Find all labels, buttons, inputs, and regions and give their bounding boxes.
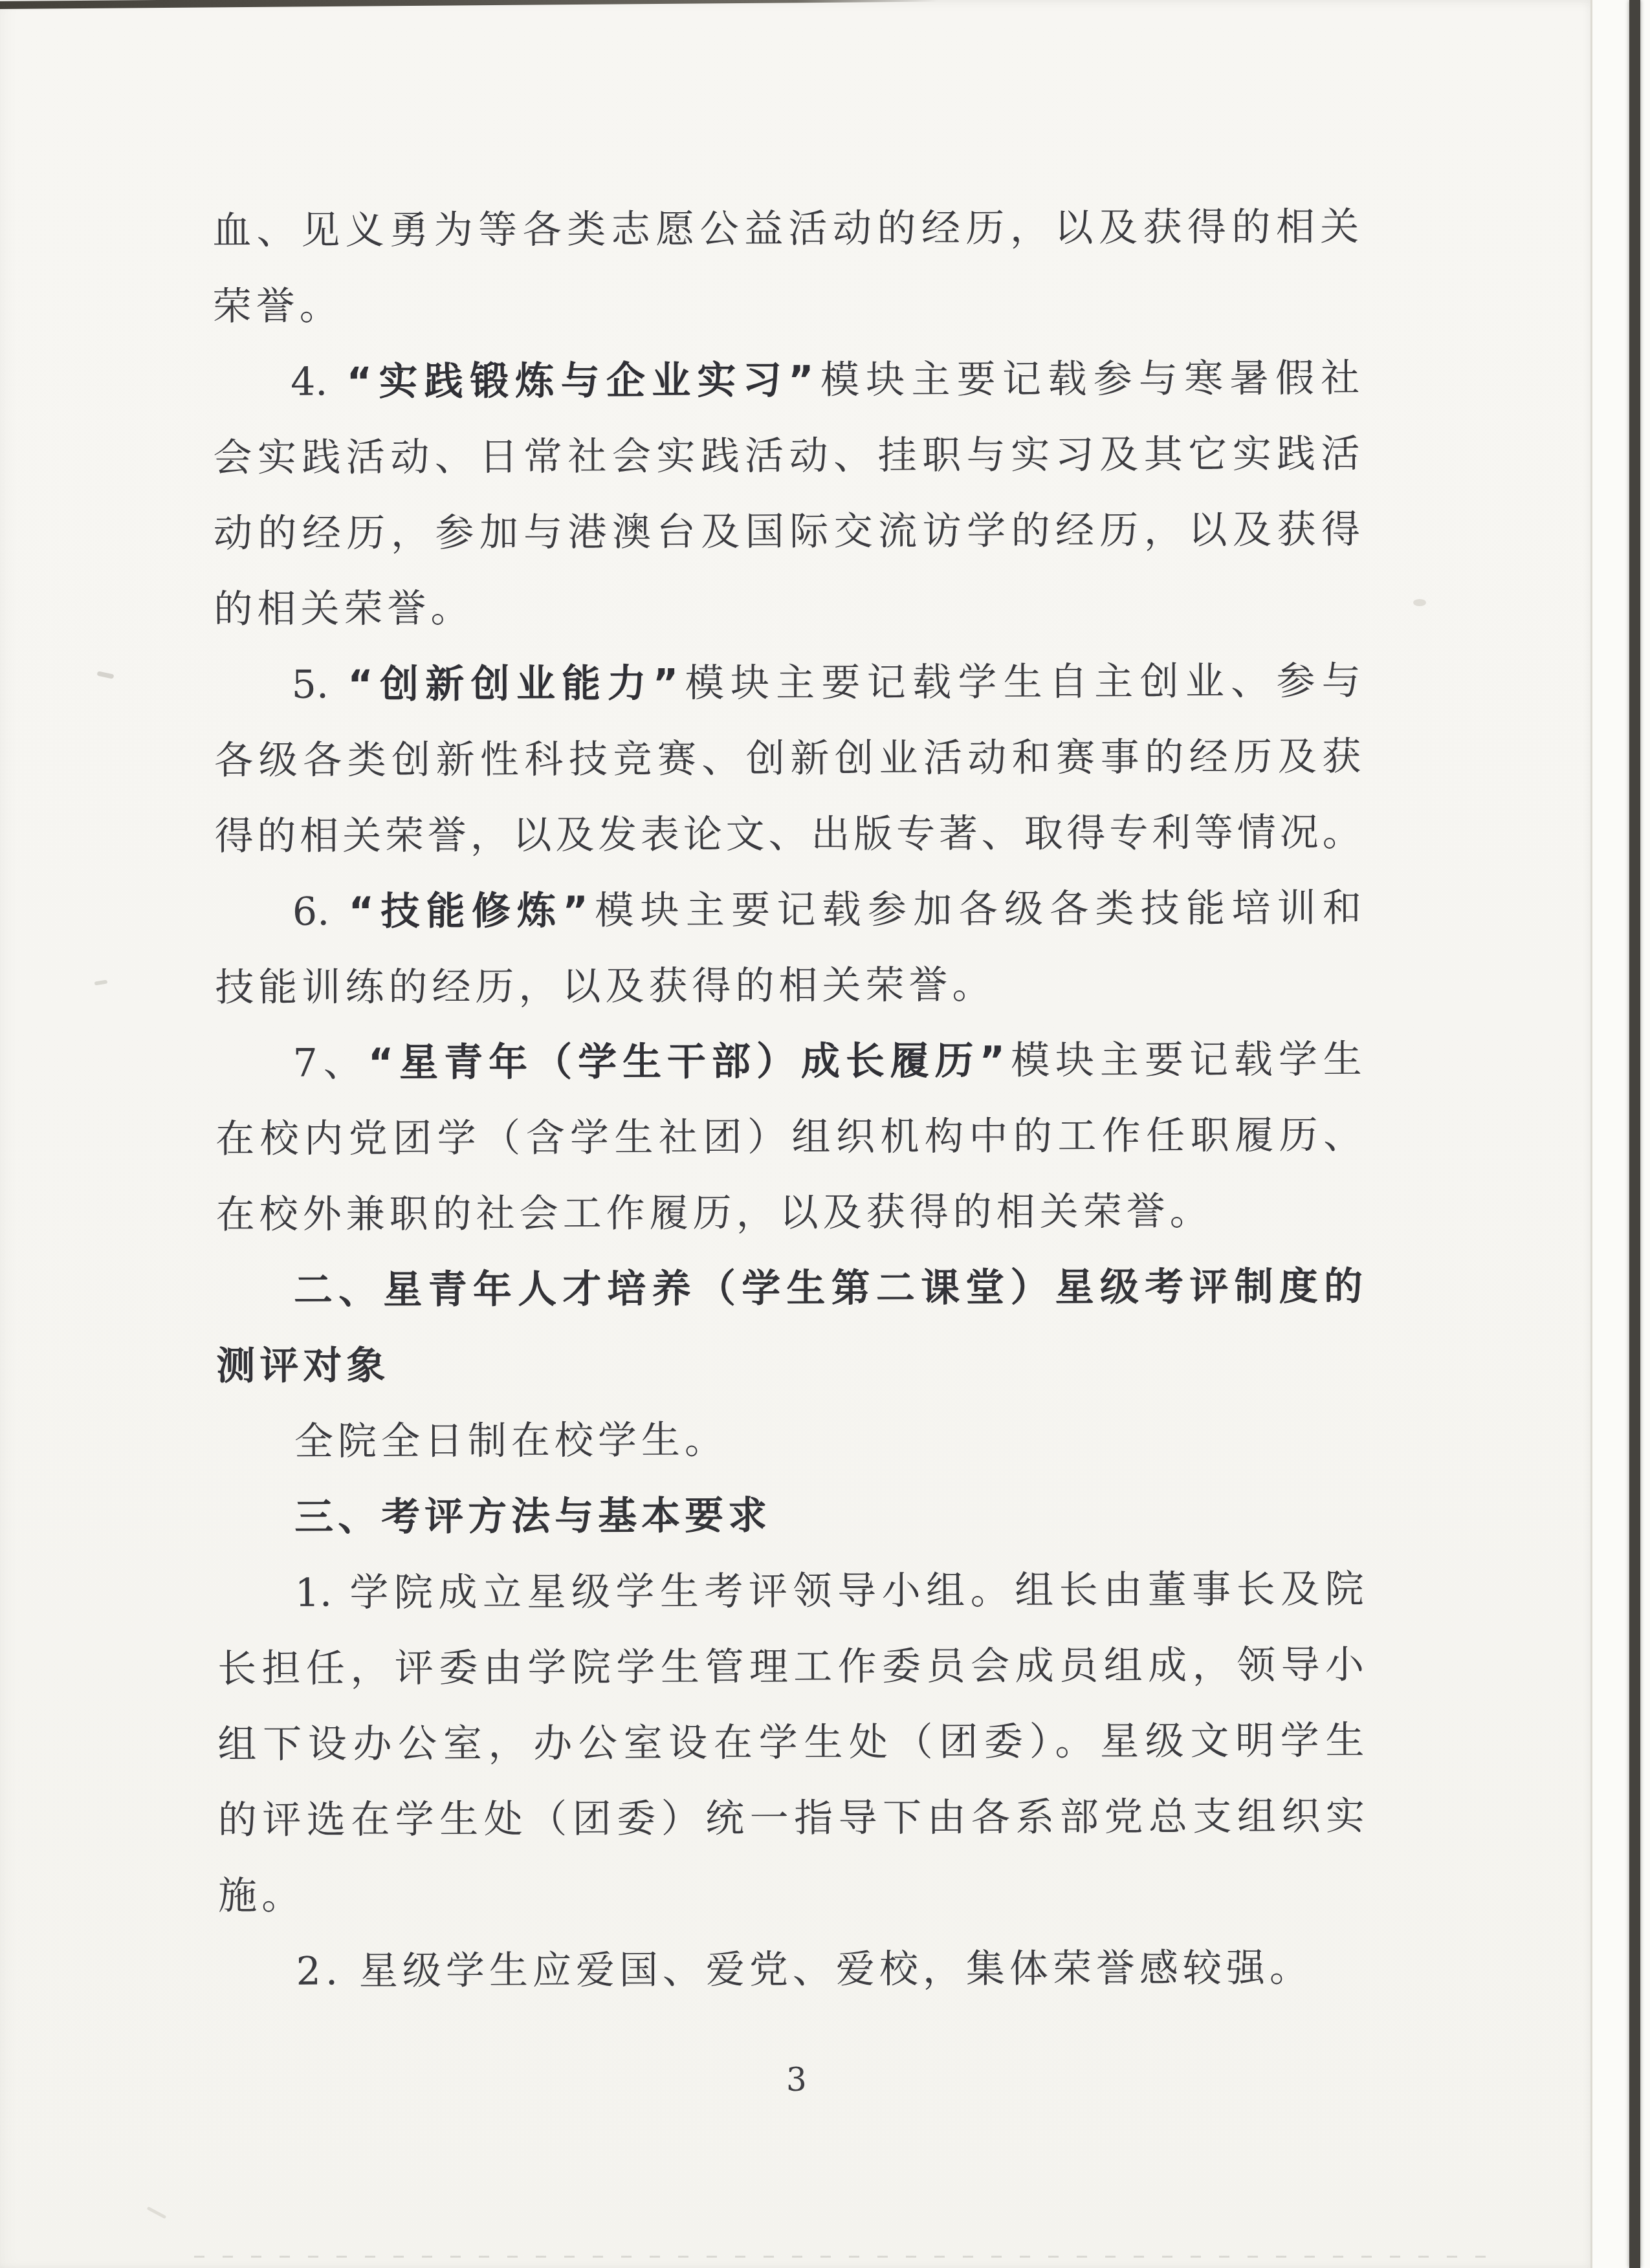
text-line: 5. “创新创业能力”模块主要记载学生自主创业、参与 bbox=[214, 644, 1361, 723]
text-line: 4. “实践锻炼与企业实习”模块主要记载参与寒暑假社 bbox=[213, 341, 1359, 420]
body-text: 模块主要记载学生 bbox=[1005, 1037, 1362, 1084]
text-line: 动的经历，参加与港澳台及国际交流访学的经历，以及获得 bbox=[214, 492, 1360, 572]
body-text: 会实践活动、日常社会实践活动、挂职与实习及其它实践活 bbox=[213, 431, 1359, 481]
text-line: 测评对象 bbox=[216, 1325, 1363, 1404]
text-line: 三、考评方法与基本要求 bbox=[217, 1476, 1363, 1556]
body-text: 4. bbox=[291, 359, 347, 404]
body-text: 二、星青年人才培养（学生第二课堂）星级考评制度的 bbox=[294, 1264, 1363, 1313]
body-text: 1. 学院成立星级学生考评领导小组。组长由董事长及院 bbox=[295, 1567, 1364, 1616]
scan-artifact-speck bbox=[97, 671, 115, 679]
scan-top-edge-shadow bbox=[0, 0, 938, 9]
scanned-page: 血、见义勇为等各类志愿公益活动的经历，以及获得的相关荣誉。4. “实践锻炼与企业… bbox=[0, 0, 1650, 2268]
module-name-bold: “星青年（学生干部）成长履历” bbox=[368, 1038, 1005, 1085]
text-line: 长担任，评委由学院学生管理工作委员会成员组成，领导小 bbox=[217, 1628, 1364, 1707]
text-line: 全院全日制在校学生。 bbox=[217, 1401, 1363, 1480]
scan-artifact-speck bbox=[94, 979, 108, 985]
text-line: 2. 星级学生应爱国、爱党、爱校，集体荣誉感较强。 bbox=[218, 1930, 1365, 2010]
text-line: 的评选在学生处（团委）统一指导下由各系部党总支组织实 bbox=[218, 1779, 1365, 1859]
body-text: 动的经历，参加与港澳台及国际交流访学的经历，以及获得 bbox=[214, 507, 1360, 556]
text-line: 组下设办公室，办公室设在学生处（团委）。星级文明学生 bbox=[217, 1703, 1364, 1783]
text-line: 1. 学院成立星级学生考评领导小组。组长由董事长及院 bbox=[217, 1552, 1363, 1631]
text-line: 7、“星青年（学生干部）成长履历”模块主要记载学生 bbox=[215, 1022, 1362, 1102]
body-text: 7、 bbox=[293, 1040, 368, 1085]
scan-artifact-speck bbox=[1413, 599, 1426, 606]
body-text: 的相关荣誉。 bbox=[214, 586, 474, 632]
text-line: 的相关荣誉。 bbox=[214, 568, 1360, 648]
body-text: 2. 星级学生应爱国、爱党、爱校，集体荣誉感较强。 bbox=[296, 1945, 1314, 1994]
body-text: 技能训练的经历，以及获得的相关荣誉。 bbox=[215, 963, 995, 1010]
text-line: 荣誉。 bbox=[213, 265, 1359, 345]
body-text: 长担任，评委由学院学生管理工作委员会成员组成，领导小 bbox=[217, 1642, 1364, 1692]
body-text: 的评选在学生处（团委）统一指导下由各系部党总支组织实 bbox=[218, 1794, 1365, 1843]
module-name-bold: “实践锻炼与企业实习” bbox=[347, 358, 814, 405]
document-body: 血、见义勇为等各类志愿公益活动的经历，以及获得的相关荣誉。4. “实践锻炼与企业… bbox=[212, 190, 1365, 2010]
body-text: 在校外兼职的社会工作履历，以及获得的相关荣誉。 bbox=[215, 1189, 1213, 1238]
body-text: 得的相关荣誉，以及发表论文、出版专著、取得专利等情况。 bbox=[214, 810, 1361, 859]
body-text: 血、见义勇为等各类志愿公益活动的经历，以及获得的相关 bbox=[212, 204, 1359, 254]
scanner-bed-strip bbox=[1592, 0, 1650, 2268]
scan-bottom-noise bbox=[194, 2256, 1495, 2258]
text-line: 得的相关荣誉，以及发表论文、出版专著、取得专利等情况。 bbox=[214, 795, 1361, 875]
text-line: 技能训练的经历，以及获得的相关荣誉。 bbox=[215, 946, 1361, 1026]
text-line: 各级各类创新性科技竞赛、创新创业活动和赛事的经历及获 bbox=[214, 719, 1361, 799]
body-text: 模块主要记载学生自主创业、参与 bbox=[678, 659, 1361, 706]
body-text: 6. bbox=[292, 889, 349, 934]
body-text: 荣誉。 bbox=[213, 283, 343, 329]
module-name-bold: “技能修炼” bbox=[348, 888, 588, 934]
body-text: 测评对象 bbox=[216, 1343, 390, 1389]
body-text: 组下设办公室，办公室设在学生处（团委）。星级文明学生 bbox=[217, 1718, 1364, 1767]
scan-artifact-speck bbox=[147, 2207, 167, 2219]
text-line: 施。 bbox=[218, 1855, 1365, 1934]
body-text: 5. bbox=[292, 662, 348, 707]
paper-sheet: 血、见义勇为等各类志愿公益活动的经历，以及获得的相关荣誉。4. “实践锻炼与企业… bbox=[0, 0, 1593, 2268]
text-line: 二、星青年人才培养（学生第二课堂）星级考评制度的 bbox=[216, 1249, 1363, 1329]
body-text: 在校内党团学（含学生社团）组织机构中的工作任职履历、 bbox=[215, 1113, 1362, 1162]
text-line: 血、见义勇为等各类志愿公益活动的经历，以及获得的相关 bbox=[212, 190, 1359, 269]
body-text: 各级各类创新性科技竞赛、创新创业活动和赛事的经历及获 bbox=[214, 734, 1361, 783]
scan-right-edge-shadow bbox=[1629, 0, 1640, 2268]
body-text: 模块主要记载参加各级各类技能培训和 bbox=[588, 886, 1361, 933]
body-text: 三、考评方法与基本要求 bbox=[294, 1493, 771, 1540]
text-line: 在校外兼职的社会工作履历，以及获得的相关荣誉。 bbox=[215, 1173, 1362, 1253]
text-line: 会实践活动、日常社会实践活动、挂职与实习及其它实践活 bbox=[213, 417, 1359, 496]
page-number: 3 bbox=[0, 2061, 1593, 2099]
body-text: 全院全日制在校学生。 bbox=[294, 1417, 728, 1464]
body-text: 模块主要记载参与寒暑假社 bbox=[813, 356, 1359, 403]
text-line: 6. “技能修炼”模块主要记载参加各级各类技能培训和 bbox=[215, 871, 1361, 950]
body-text: 施。 bbox=[218, 1873, 305, 1919]
module-name-bold: “创新创业能力” bbox=[347, 661, 678, 708]
text-line: 在校内党团学（含学生社团）组织机构中的工作任职履历、 bbox=[215, 1098, 1362, 1177]
